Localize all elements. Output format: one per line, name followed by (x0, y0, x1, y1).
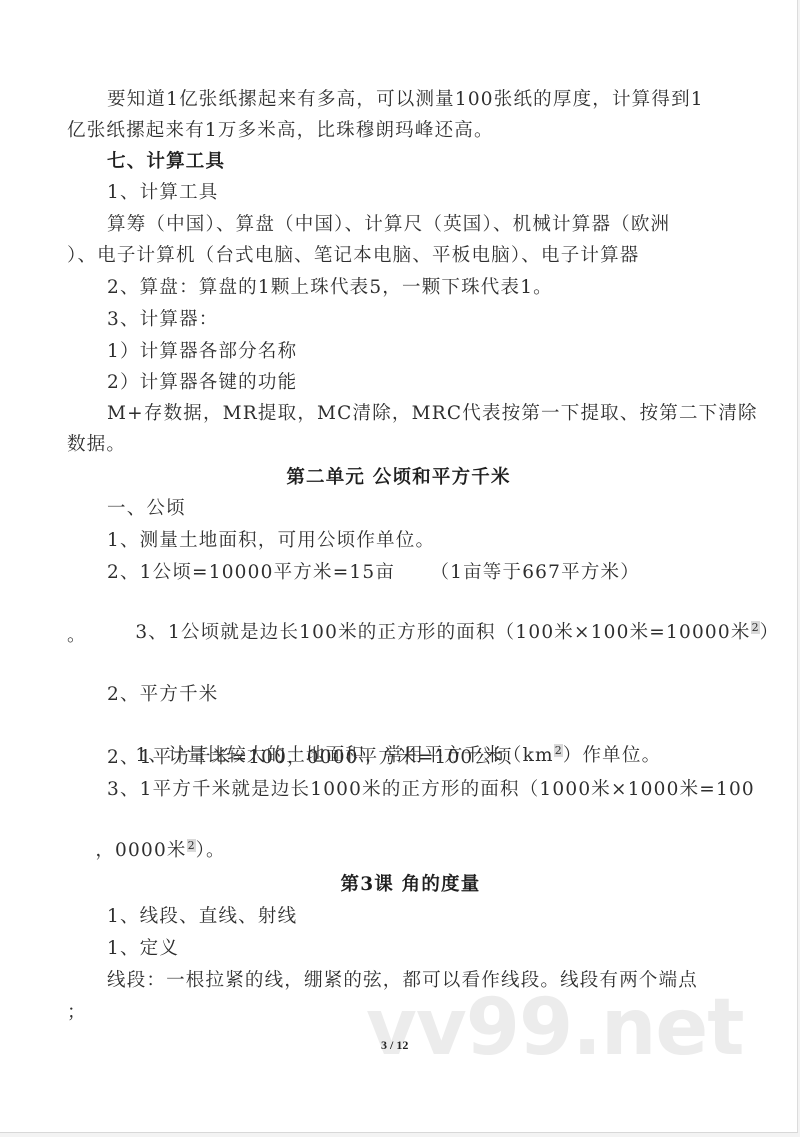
paragraph-line: ； (67, 1001, 87, 1025)
document-page: 要知道1亿张纸摞起来有多高，可以测量100张纸的厚度，计算得到1 亿张纸摞起来有… (0, 0, 798, 1133)
paragraph-line: 1、定义 (107, 937, 179, 961)
paragraph-line: 一、公顷 (107, 497, 186, 521)
paragraph-line: 2、1公顷=10000平方米=15亩 （1亩等于667平方米） (107, 561, 640, 585)
paragraph-line: M+存数据，MR提取，MC清除，MRC代表按第一下提取、按第二下清除 (107, 402, 758, 426)
paragraph-line: 2、1平方千米=100，0000平方米=100公顷 (107, 746, 513, 770)
paragraph-line: ）、电子计算机（台式电脑、笔记本电脑、平板电脑）、电子计算器 (67, 244, 640, 268)
superscript-highlight: 2 (554, 744, 563, 757)
section-heading: 七、计算工具 (107, 150, 225, 174)
paragraph-line: 亿张纸摞起来有1万多米高，比珠穆朗玛峰还高。 (67, 119, 494, 143)
paragraph-line: 2、算盘：算盘的1颗上珠代表5，一颗下珠代表1。 (107, 276, 553, 300)
text-run: 3、1公顷就是边长100米的正方形的面积（100米×100米=10000米 (135, 622, 750, 643)
paragraph-line: 3、1公顷就是边长100米的正方形的面积（100米×100米=10000米2） (107, 592, 779, 669)
text-run: ）。 (196, 840, 226, 861)
paragraph-line: 2、平方千米 (107, 683, 218, 707)
unit-heading: 第二单元 公顷和平方千米 (0, 466, 797, 490)
paragraph-line: 。 (67, 624, 87, 648)
lesson-heading: 第3课 角的度量 (12, 873, 798, 897)
page-number: 3 / 12 (381, 1038, 408, 1053)
paragraph-line: 要知道1亿张纸摞起来有多高，可以测量100张纸的厚度，计算得到1 (107, 88, 704, 112)
superscript-highlight: 2 (187, 839, 196, 852)
paragraph-line: 算筹（中国）、算盘（中国）、计算尺（英国）、机械计算器（欧洲 (107, 213, 670, 237)
paragraph-line: 1、线段、直线、射线 (107, 905, 297, 929)
paragraph-line: 3、1平方千米就是边长1000米的正方形的面积（1000米×1000米=100 (107, 778, 755, 802)
text-run: ）作单位。 (563, 745, 662, 766)
text-run: ，0000米 (95, 840, 186, 861)
text-run: ） (760, 622, 780, 643)
paragraph-line: 1、计算工具 (107, 181, 218, 205)
paragraph-line: 数据。 (67, 433, 126, 457)
paragraph-line: 3、计算器： (107, 308, 218, 332)
watermark: vv99.net (366, 988, 744, 1068)
paragraph-line: 1）计算器各部分名称 (107, 340, 297, 364)
superscript-highlight: 2 (751, 621, 760, 634)
paragraph-line: 1、测量土地面积，可用公顷作单位。 (107, 529, 435, 553)
paragraph-line: 2）计算器各键的功能 (107, 371, 297, 395)
